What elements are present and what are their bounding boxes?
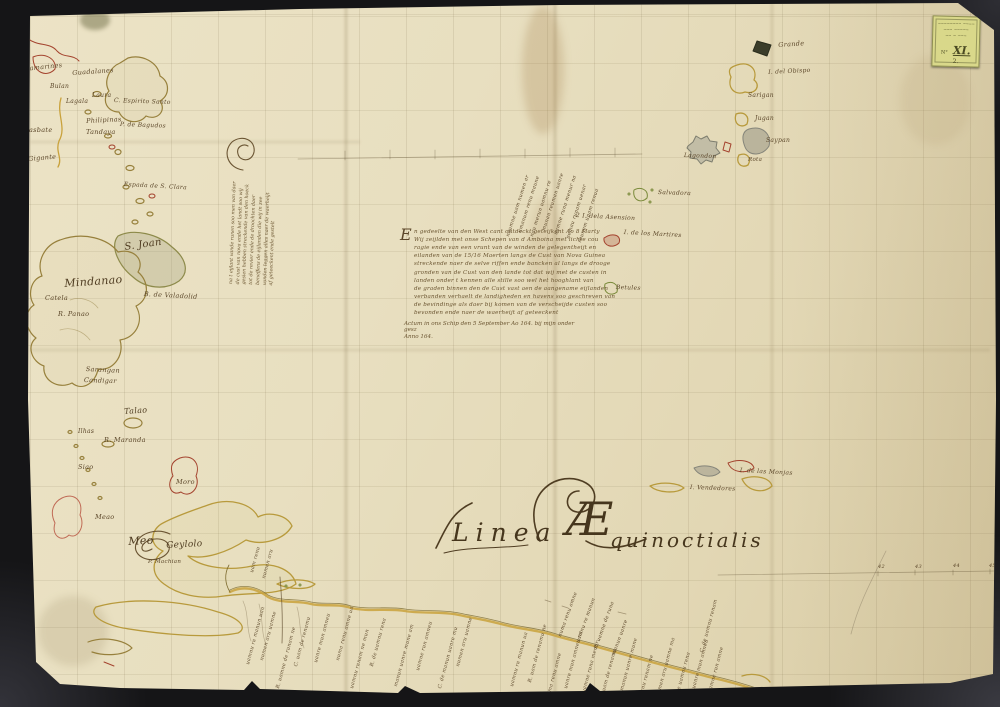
map-label: C. Espirito Santo	[114, 98, 171, 106]
map-label: Mindanao	[64, 274, 123, 289]
map-label: Catela	[45, 295, 68, 302]
map-label: 43	[915, 565, 922, 570]
map-label: Meo	[128, 535, 154, 547]
map-label: C. uam de renamu	[600, 648, 618, 699]
map-label: Ilhas	[78, 429, 94, 435]
map-label: numen aru	[262, 549, 275, 580]
map-label: I. del Obispo	[768, 68, 811, 76]
map-label: Masbate	[22, 127, 52, 134]
photo-backdrop: { "colors":{ "backdrop":"#151517","paper…	[0, 0, 1000, 707]
map-label: Tandaya	[86, 129, 116, 136]
map-label: Sarigan	[748, 93, 774, 99]
map-label: 45	[989, 564, 996, 569]
map-label: R. de uamnu rena	[674, 652, 692, 702]
map-label: numa renu amne ua	[336, 606, 355, 661]
map-label: P. de Bagudos	[120, 122, 166, 130]
map-label: uamne run amne	[708, 646, 725, 693]
map-label: Candigar	[84, 377, 117, 385]
map-label: uamnu re manun ua	[510, 632, 529, 688]
map-label: numa renu amne	[558, 592, 579, 638]
map-label: uamnu renam ne	[638, 654, 655, 701]
map-label: Gigante	[28, 154, 57, 163]
map-label: uanre mun amneu	[314, 613, 332, 663]
label-layer: CamarinesGuadalanesBulanLagalaLauraC. Es…	[0, 0, 1000, 707]
map-label: C. de uamnu renam	[700, 599, 719, 653]
map-label: Sarangan	[86, 366, 120, 374]
map-label: I. Vendedores	[690, 485, 736, 493]
map-label: Geylolo	[166, 540, 203, 551]
map-label: Siao	[78, 464, 94, 471]
map-label: Jugan	[755, 116, 774, 122]
map-label: Laura	[92, 93, 111, 99]
map-label: uamnu renam ne mun	[350, 629, 371, 689]
map-label: uam renu	[250, 546, 262, 573]
map-label: Lagala	[66, 99, 88, 105]
map-sheet: ──────── ─────── ─────── ─ ─── N° XI. 2.…	[0, 0, 1000, 707]
map-label: Betules	[616, 285, 641, 292]
map-label: Moro	[176, 479, 195, 486]
map-label: manun uanre mune	[620, 638, 639, 692]
map-label: R. de uamnu rena	[370, 618, 388, 668]
map-label: I. de los Martires	[624, 230, 682, 239]
map-label: R. uam de renamu ne	[528, 624, 548, 683]
map-label: manun uanre	[612, 619, 629, 656]
map-label: Espada de S. Clara	[124, 182, 187, 191]
map-label: Salvadora	[658, 190, 691, 197]
map-label: Bulan	[50, 84, 69, 90]
map-label: C. uam de renamu	[294, 616, 312, 667]
map-label: I. de las Monjas	[740, 468, 793, 477]
map-label: Rota	[748, 158, 762, 164]
map-label: uamnu re manun	[576, 597, 597, 643]
paper-corner-fold	[985, 13, 993, 20]
map-label: S. Joan	[124, 238, 162, 253]
map-label: 44	[953, 564, 960, 569]
map-label: numen aru uamne ma	[656, 637, 677, 697]
map-label: numa renu amne	[546, 652, 563, 699]
map-label: B. de Valadolid	[144, 291, 198, 300]
map-label: Philipinas	[86, 116, 122, 124]
map-label: R. uamne de runa	[594, 601, 616, 650]
map-label: 42	[878, 565, 885, 570]
map-label: Meao	[95, 514, 115, 521]
map-label: Saypan	[766, 138, 790, 144]
map-label: Talao	[124, 406, 148, 416]
map-label: R. Maranda	[104, 437, 146, 444]
map-label: Grande	[778, 40, 805, 48]
map-label: R. Panao	[58, 311, 89, 318]
map-label: numen aru uamne	[456, 617, 474, 667]
map-label: Camarines	[24, 62, 63, 72]
map-label: Guadalanes	[72, 67, 114, 76]
map-label: manun uanre mune am	[394, 624, 416, 688]
map-label: uamne run amneu	[416, 621, 434, 671]
map-label: Lagondon	[684, 153, 717, 160]
map-label: P. Machian	[148, 560, 181, 566]
